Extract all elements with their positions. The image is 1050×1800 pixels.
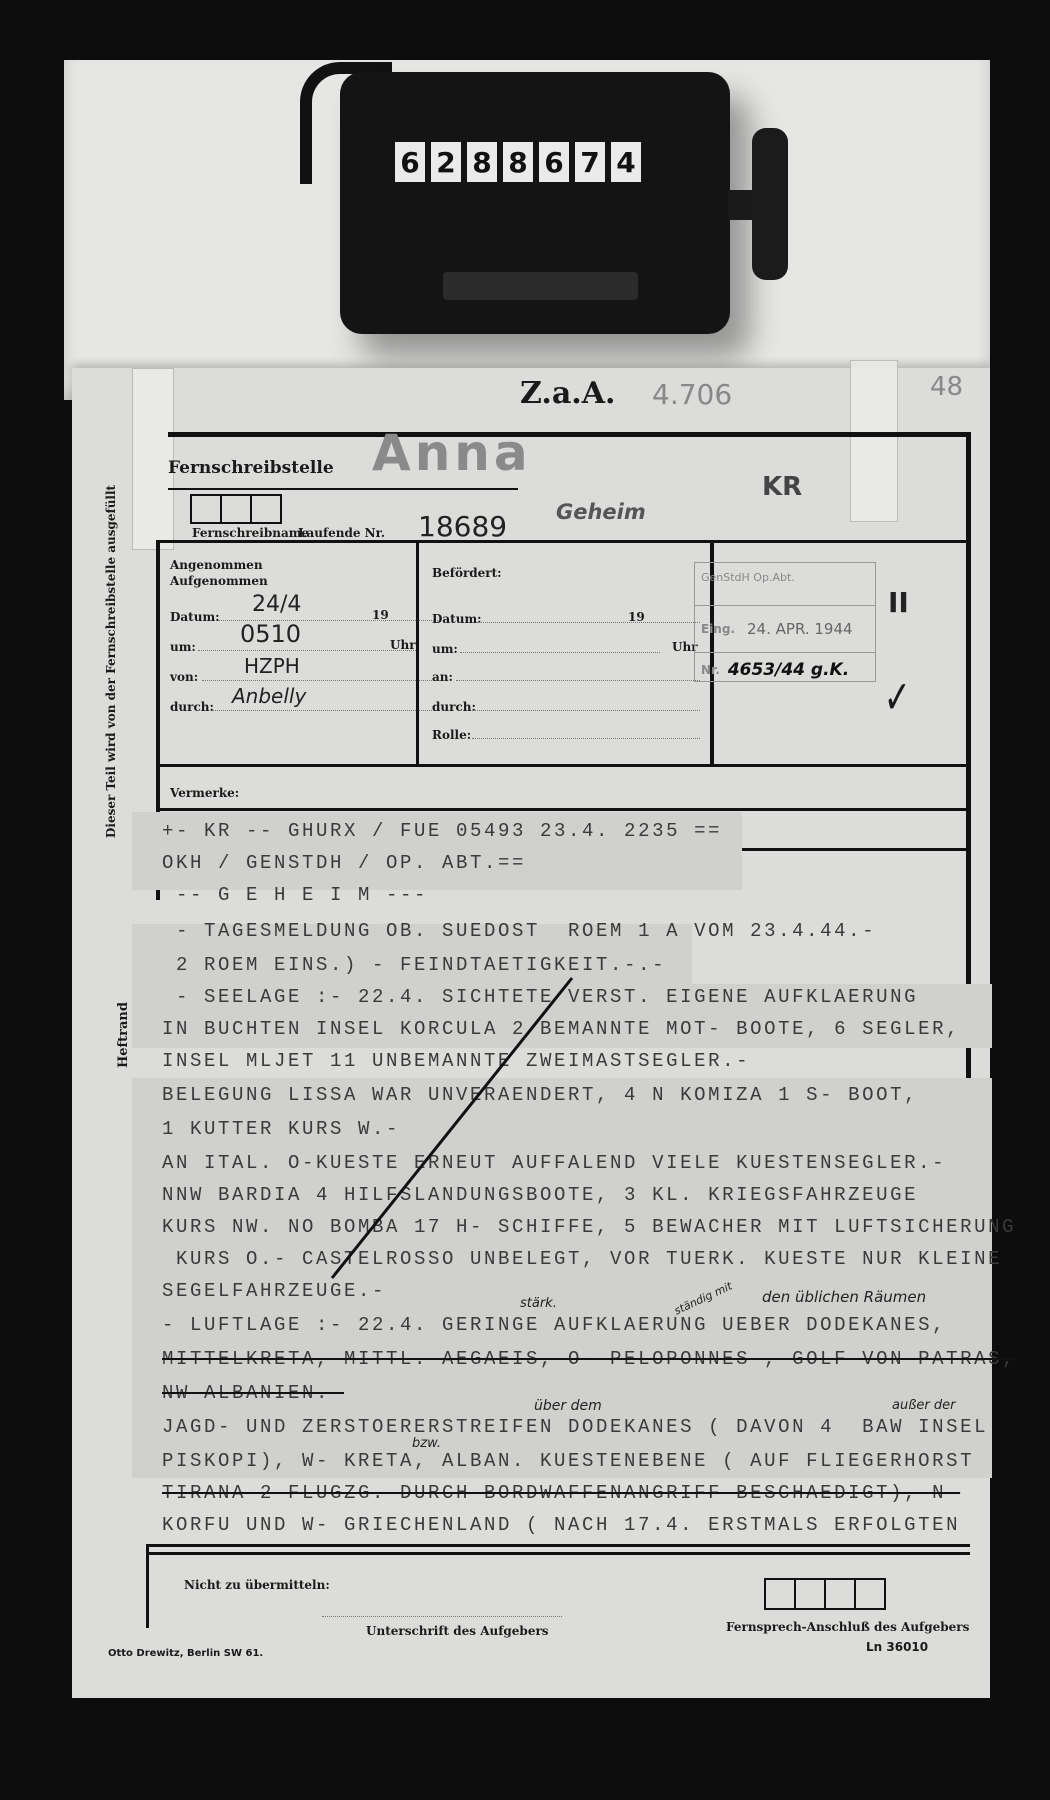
fields-bottom-rule [156, 764, 970, 767]
counter-digit: 6 [539, 142, 569, 182]
message-line: - LUFTLAGE :- 22.4. GERINGE AUFKLAERUNG … [162, 1314, 946, 1336]
handwritten-correction: den üblichen Räumen [762, 1288, 926, 1306]
handwritten-correction: bzw. [412, 1436, 441, 1451]
counter-digit: 8 [467, 142, 497, 182]
station-stamp: Anna [372, 424, 532, 482]
message-line-struck: NW ALBANIEN.- [162, 1382, 344, 1404]
message-line: JAGD- UND ZERSTOERERSTREIFEN DODEKANES (… [162, 1416, 988, 1438]
message-line: KORFU UND W- GRIECHENLAND ( NACH 17.4. E… [162, 1514, 960, 1536]
routing-code: KR [762, 472, 802, 502]
binding-margin-label: Heftrand [116, 1002, 131, 1068]
serial-label: Laufende Nr. [298, 526, 385, 540]
handwritten-correction: stärk. [520, 1296, 557, 1311]
classification-stamp: Geheim [556, 500, 646, 524]
header-rule [168, 432, 968, 437]
column-divider [416, 540, 419, 766]
counter-slot [443, 272, 638, 300]
message-line: PISKOPI), W- KRETA, ALBAN. KUESTENEBENE … [162, 1450, 974, 1472]
message-line-struck: TIRANA 2 FLUGZG. DURCH BORDWAFFENANGRIFF… [162, 1482, 960, 1504]
counter-digit: 6 [395, 142, 425, 182]
received-time-label: um: [170, 640, 196, 654]
archive-pencil-note: 4.706 [652, 378, 732, 411]
vertical-note: Dieser Teil wird von der Fernschreibstel… [104, 485, 118, 838]
footer-rule-1 [146, 1544, 970, 1547]
counter-knob [752, 128, 788, 280]
message-line: -- G E H E I M --- [162, 884, 428, 906]
registry-number-value: 4653/44 g.K. [728, 660, 849, 680]
teletype-name-label: Fernschreibname [192, 526, 309, 540]
registry-roman-mark: II [888, 586, 909, 619]
received-title-1: Angenommen [170, 558, 263, 572]
received-by-value[interactable]: Anbelly [232, 684, 306, 708]
station-underline [168, 488, 518, 490]
handwritten-correction: über dem [534, 1398, 602, 1414]
check-mark-icon: ✓ [884, 670, 911, 724]
phone-label: Fernsprech-Anschluß des Aufgebers [726, 1620, 969, 1634]
printer-imprint: Otto Drewitz, Berlin SW 61. [108, 1648, 263, 1659]
forwarded-to-label: an: [432, 670, 453, 684]
registry-date-label: Eing. [701, 622, 735, 636]
forwarded-date-label: Datum: [432, 612, 482, 626]
registry-stamp: GenStdH Op.Abt. Eing. 24. APR. 1944 Nr. … [694, 562, 876, 682]
counter-digit: 2 [431, 142, 461, 182]
registry-stamp-header: GenStdH Op.Abt. [695, 563, 875, 606]
no-transmit-label: Nicht zu übermitteln: [184, 1578, 330, 1592]
archive-mark: Z.a.A. [520, 376, 615, 411]
phone-boxes [766, 1578, 886, 1610]
forwarded-title: Befördert: [432, 566, 502, 580]
message-line: +- KR -- GHURX / FUE 05493 23.4. 2235 == [162, 820, 722, 842]
received-time-value[interactable]: 0510 [240, 620, 301, 648]
received-by-label: durch: [170, 700, 214, 714]
forwarded-by-label: durch: [432, 700, 476, 714]
registry-number-label: Nr. [701, 663, 720, 677]
serial-number: 18689 [418, 510, 507, 543]
registry-date-value: 24. APR. 1944 [747, 620, 853, 638]
message-line: OKH / GENSTDH / OP. ABT.== [162, 852, 526, 874]
counter-digit: 8 [503, 142, 533, 182]
message-line-struck: MITTELKRETA, MITTL. AEGAEIS, O- PELOPONN… [162, 1348, 1016, 1370]
received-date-value[interactable]: 24/4 [252, 592, 301, 617]
fields-top-rule [156, 540, 970, 543]
forwarded-year-prefix: 19 [628, 610, 645, 624]
counter-digits: 6 2 8 8 6 7 4 [395, 142, 641, 182]
signature-label: Unterschrift des Aufgebers [366, 1624, 549, 1638]
received-from-label: von: [170, 670, 198, 684]
remarks-rule [156, 808, 970, 811]
teletype-name-boxes [192, 494, 282, 524]
received-year-prefix: 19 [372, 608, 389, 622]
forwarded-roll-label: Rolle: [432, 728, 471, 742]
handwritten-correction: außer der [892, 1398, 955, 1413]
forwarded-time-label: um: [432, 642, 458, 656]
teletype-form: Z.a.A. 4.706 48 Fernschreibstelle Anna F… [72, 368, 990, 1698]
form-number: Ln 36010 [866, 1640, 928, 1654]
page-number: 48 [930, 372, 963, 402]
counter-digit: 4 [611, 142, 641, 182]
received-from-value[interactable]: HZPH [244, 654, 300, 678]
received-date-label: Datum: [170, 610, 220, 624]
remarks-label: Vermerke: [170, 786, 239, 800]
station-label: Fernschreibstelle [168, 458, 334, 478]
received-time-unit: Uhr [390, 638, 416, 652]
footer-rule-2 [146, 1552, 970, 1555]
tape-strip [850, 360, 898, 522]
received-title-2: Aufgenommen [170, 574, 268, 588]
diagonal-strike-mark [272, 968, 592, 1288]
message-line: - TAGESMELDUNG OB. SUEDOST ROEM 1 A VOM … [162, 920, 876, 942]
counter-digit: 7 [575, 142, 605, 182]
